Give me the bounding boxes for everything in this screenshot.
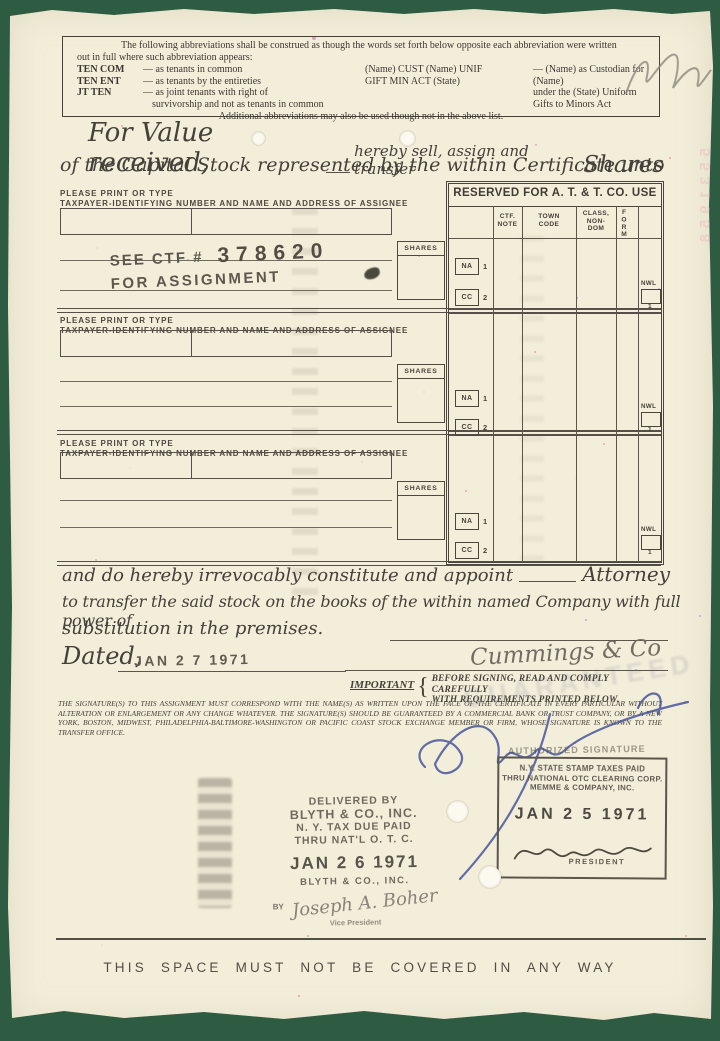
shares-box-label: SHARES: [398, 242, 444, 256]
table-column-line: [493, 206, 494, 562]
assignee-block3-line2: [60, 527, 392, 528]
abbreviations-intro-line1: The following abbreviations shall be con…: [121, 40, 649, 52]
assignee-block1-labels: PLEASE PRINT OR TYPE TAXPAYER-IDENTIFYIN…: [60, 189, 408, 208]
president-title: PRESIDENT: [569, 857, 625, 866]
nwl-box: [641, 535, 661, 550]
table-section-line-1: [449, 309, 661, 314]
abbreviation-list: TEN COM— as tenants in common TEN ENT— a…: [77, 64, 365, 110]
reserved-att-table: RESERVED FOR A. T. & T. CO. USE CTF. NOT…: [448, 183, 662, 563]
attorney-line3: substitution in the premises.: [62, 618, 323, 639]
attorney-text: Attorney: [582, 562, 670, 586]
class-label: CLASS,: [576, 210, 616, 218]
na-box: NA: [455, 258, 479, 275]
abbreviations-legend-box: The following abbreviations shall be con…: [62, 36, 660, 117]
blyth-date-stamp: JAN 2 6 1971: [252, 851, 457, 875]
taxpayer-number-divider: [191, 453, 192, 478]
town-label: TOWN: [522, 213, 576, 221]
abbr-cust-line1: (Name) CUST (Name) UNIF: [365, 64, 533, 76]
mirrored-digits-artifact: 5531958: [697, 148, 714, 248]
assignee-block1-entry-box: [60, 208, 392, 235]
attorney-name-blank: [519, 581, 576, 582]
cc-box: CC: [455, 419, 479, 436]
table-column-line: [522, 206, 523, 562]
print-label: PLEASE PRINT OR TYPE: [60, 189, 408, 199]
print-label: PLEASE PRINT OR TYPE: [60, 439, 408, 449]
nwl-label: NWL: [641, 280, 656, 287]
ctf-label: CTF.: [493, 213, 522, 221]
cc-box: CC: [455, 542, 479, 559]
otc-clearing-line: THRU NATIONAL OTC CLEARING CORP.: [499, 773, 665, 784]
dated-stamp: JAN 2 7 1971: [134, 651, 251, 669]
code-label: CODE: [522, 221, 576, 229]
print-label: PLEASE PRINT OR TYPE: [60, 316, 408, 326]
nwl-label: NWL: [641, 403, 656, 410]
col-header-ctf-note: CTF. NOTE: [493, 213, 522, 228]
col-header-town-code: TOWN CODE: [522, 213, 576, 228]
punch-hole: [479, 866, 501, 888]
abbreviations-intro-line2: out in full where such abbreviation appe…: [77, 52, 649, 64]
dated-underline: [118, 671, 346, 672]
assignee-block1-line2: [60, 290, 392, 291]
shares-box-3: SHARES: [397, 481, 445, 540]
ny-stamp-taxes-line: N.Y. STATE STAMP TAXES PAID: [499, 763, 665, 774]
show-through-smudge: [198, 778, 232, 908]
abbr-ten-com: TEN COM: [77, 64, 143, 76]
taxpayer-number-divider: [191, 331, 192, 356]
na-number: 1: [483, 394, 487, 403]
col-header-class-non-dom: CLASS, NON- DOM: [576, 210, 616, 233]
na-number: 1: [483, 517, 487, 526]
nwl-number: 1: [648, 303, 652, 310]
na-number: 1: [483, 262, 487, 271]
cc-number: 2: [483, 293, 487, 302]
assignee-block3-line1: [60, 500, 392, 501]
nwl-box: [641, 289, 661, 304]
abbr-jt-ten-meaning: — as joint tenants with right of: [143, 87, 268, 99]
nwl-box: [641, 412, 661, 427]
nwl-label: NWL: [641, 526, 656, 533]
cc-number: 2: [483, 546, 487, 555]
assignee-block2-entry-box: [60, 330, 392, 357]
shares-box-label: SHARES: [398, 482, 444, 496]
cust-abbreviations: (Name) CUST (Name) UNIF GIFT MIN ACT (St…: [365, 64, 533, 110]
table-column-line: [638, 206, 639, 562]
punch-hole: [400, 131, 415, 146]
space-not-covered-notice: THIS SPACE MUST NOT BE COVERED IN ANY WA…: [0, 960, 720, 975]
see-ctf-text: SEE CTF #: [109, 249, 204, 270]
abbr-ten-ent-meaning: — as tenants by the entireties: [143, 76, 261, 88]
abbr-jt-ten-meaning-2: survivorship and not as tenants in commo…: [152, 99, 324, 111]
thru-natl-otc-line: THRU NAT'L O. T. C.: [252, 832, 457, 849]
paper-speckles: [0, 0, 4, 4]
taxpayer-number-divider: [191, 209, 192, 234]
guarantee-date-stamp: JAN 2 5 1971: [499, 805, 665, 824]
by-label: BY: [273, 902, 284, 911]
dom-label: DOM: [576, 225, 616, 233]
table-section-line-2: [449, 431, 661, 436]
table-column-line: [576, 206, 577, 562]
dated-label: Dated,: [62, 642, 142, 670]
shares-box-2: SHARES: [397, 364, 445, 423]
note-label: NOTE: [493, 221, 522, 229]
table-header-bottom-line: [449, 238, 661, 239]
table-column-line: [616, 206, 617, 562]
memme-company-line: MEMME & COMPANY, INC.: [499, 782, 665, 793]
reserved-table-title: RESERVED FOR A. T. & T. CO. USE: [449, 184, 661, 207]
constitute-appoint-text: and do hereby irrevocably constitute and…: [62, 565, 513, 586]
blyth-delivery-stamp: DELIVERED BY BLYTH & CO., INC. N. Y. TAX…: [251, 793, 458, 929]
abbr-cust-line2: GIFT MIN ACT (State): [365, 76, 533, 88]
punch-hole: [252, 132, 265, 145]
abbr-ten-ent: TEN ENT: [77, 76, 143, 88]
shares-box-label: SHARES: [398, 365, 444, 379]
see-ctf-stamp: SEE CTF # 378620 FOR ASSIGNMENT: [109, 236, 331, 293]
na-box: NA: [455, 390, 479, 407]
non-label: NON-: [576, 218, 616, 226]
na-box: NA: [455, 513, 479, 530]
abbr-ten-com-meaning: — as tenants in common: [143, 64, 242, 76]
pencil-scribble: [618, 36, 714, 110]
col-header-form: FORM: [620, 209, 628, 237]
nwl-number: 1: [648, 549, 652, 556]
certificate-back-scan: 5531958 The following abbreviations shal…: [0, 0, 720, 1041]
guarantee-stamp-box: N.Y. STATE STAMP TAXES PAID THRU NATIONA…: [497, 756, 668, 879]
taxpayer-label: TAXPAYER-IDENTIFYING NUMBER AND NAME AND…: [60, 199, 408, 209]
assignee-block3-entry-box: [60, 452, 392, 479]
bottom-rule: [56, 938, 706, 940]
abbr-jt-ten: JT TEN: [77, 87, 143, 99]
assignee-block2-line2: [60, 406, 392, 407]
ctf-number: 378620: [217, 239, 330, 268]
assignment-script-line2: of the Capital Stock represented by the …: [60, 154, 665, 176]
cc-box: CC: [455, 289, 479, 306]
shares-box-1: SHARES: [397, 241, 445, 300]
nwl-number: 1: [648, 426, 652, 433]
cc-number: 2: [483, 423, 487, 432]
attorney-line1: and do hereby irrevocably constitute and…: [62, 562, 670, 586]
assignee-block2-line1: [60, 381, 392, 382]
